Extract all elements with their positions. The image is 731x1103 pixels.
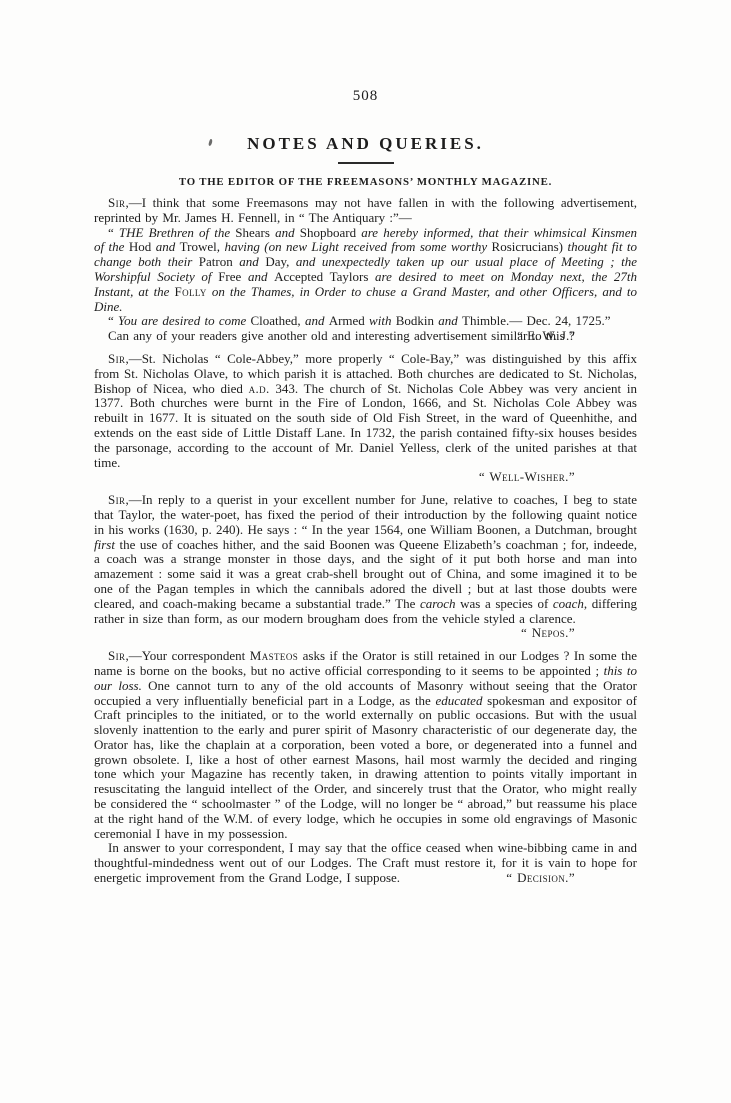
text-run: coach (553, 596, 584, 611)
scanned-page: 508 NOTES AND QUERIES. TO THE EDITOR OF … (0, 0, 731, 886)
text-run: and (305, 313, 329, 328)
editor-address-line: TO THE EDITOR OF THE FREEMASONS’ MONTHLY… (0, 176, 731, 188)
text-run: Accepted Taylors (274, 269, 375, 284)
text-run: spokesman and expositor of Craft princip… (94, 693, 637, 841)
text-run: first (94, 537, 115, 552)
text-run: , having (on new Light received from som… (217, 239, 492, 254)
letter-paragraph: Sir,—St. Nicholas “ Cole-Abbey,” more pr… (94, 352, 637, 470)
letter-signature: “ Nepos.” (94, 626, 637, 641)
page-number: 508 (0, 88, 731, 105)
text-run: Can any of your readers give another old… (108, 328, 575, 343)
text-run: Patron (199, 254, 239, 269)
letter-paragraph: “ THE Brethren of the Shears and Shopboa… (94, 226, 637, 315)
text-run: Sir (108, 492, 125, 507)
text-run: and (438, 313, 462, 328)
text-run: and (239, 254, 265, 269)
text-run: Thimble.— Dec. 24, 1725.” (462, 313, 611, 328)
text-run: Sir (108, 648, 125, 663)
text-run: Bodkin (396, 313, 439, 328)
letter-paragraph: Sir,—Your correspondent Masteos asks if … (94, 649, 637, 841)
text-run: THE Brethren of the (119, 225, 235, 240)
text-run: “ (108, 225, 119, 240)
masthead: NOTES AND QUERIES. TO THE EDITOR OF THE … (0, 134, 731, 188)
text-run: was a species of (456, 596, 553, 611)
text-run: Shears (235, 225, 275, 240)
letter-paragraph: “ You are desired to come Cloathed, and … (94, 314, 637, 329)
text-run: with (369, 313, 396, 328)
letter-paragraph: Sir,—I think that some Freemasons may no… (94, 196, 637, 226)
text-run: Masteos (250, 648, 298, 663)
text-run: Cloathed, (251, 313, 305, 328)
text-run: caroch (420, 596, 456, 611)
letter-signature: “ Well-Wisher.” (94, 470, 637, 485)
text-run: educated (436, 693, 483, 708)
letter: Sir,—I think that some Freemasons may no… (94, 196, 637, 344)
text-run: Folly (175, 284, 207, 299)
letter: Sir,—St. Nicholas “ Cole-Abbey,” more pr… (94, 352, 637, 485)
title-divider-rule (338, 162, 394, 164)
text-run: You are desired to come (118, 313, 250, 328)
letter: Sir,—Your correspondent Masteos asks if … (94, 649, 637, 886)
text-run: and (248, 269, 274, 284)
letter-paragraph: Sir,—In reply to a querist in your excel… (94, 493, 637, 626)
text-run: ,—Your correspondent (125, 648, 249, 663)
letter: Sir,—In reply to a querist in your excel… (94, 493, 637, 641)
text-run: ,—In reply to a querist in your excellen… (94, 492, 637, 537)
text-run: “ (108, 313, 118, 328)
text-run: Armed (329, 313, 369, 328)
text-run: ,—I think that some Freemasons may not h… (94, 195, 637, 225)
text-run: Rosicrucians) (492, 239, 568, 254)
page-title: NOTES AND QUERIES. (0, 134, 731, 154)
text-run: a.d. (249, 381, 270, 396)
text-run: Free (218, 269, 248, 284)
text-run: and (275, 225, 300, 240)
text-run: Sir (108, 195, 125, 210)
text-run: Trowel (180, 239, 217, 254)
text-run: Sir (108, 351, 125, 366)
text-run: Shopboard (300, 225, 361, 240)
text-run: and (156, 239, 180, 254)
text-run: Hod (129, 239, 156, 254)
text-run: Day, (265, 254, 296, 269)
letters: Sir,—I think that some Freemasons may no… (94, 196, 637, 886)
